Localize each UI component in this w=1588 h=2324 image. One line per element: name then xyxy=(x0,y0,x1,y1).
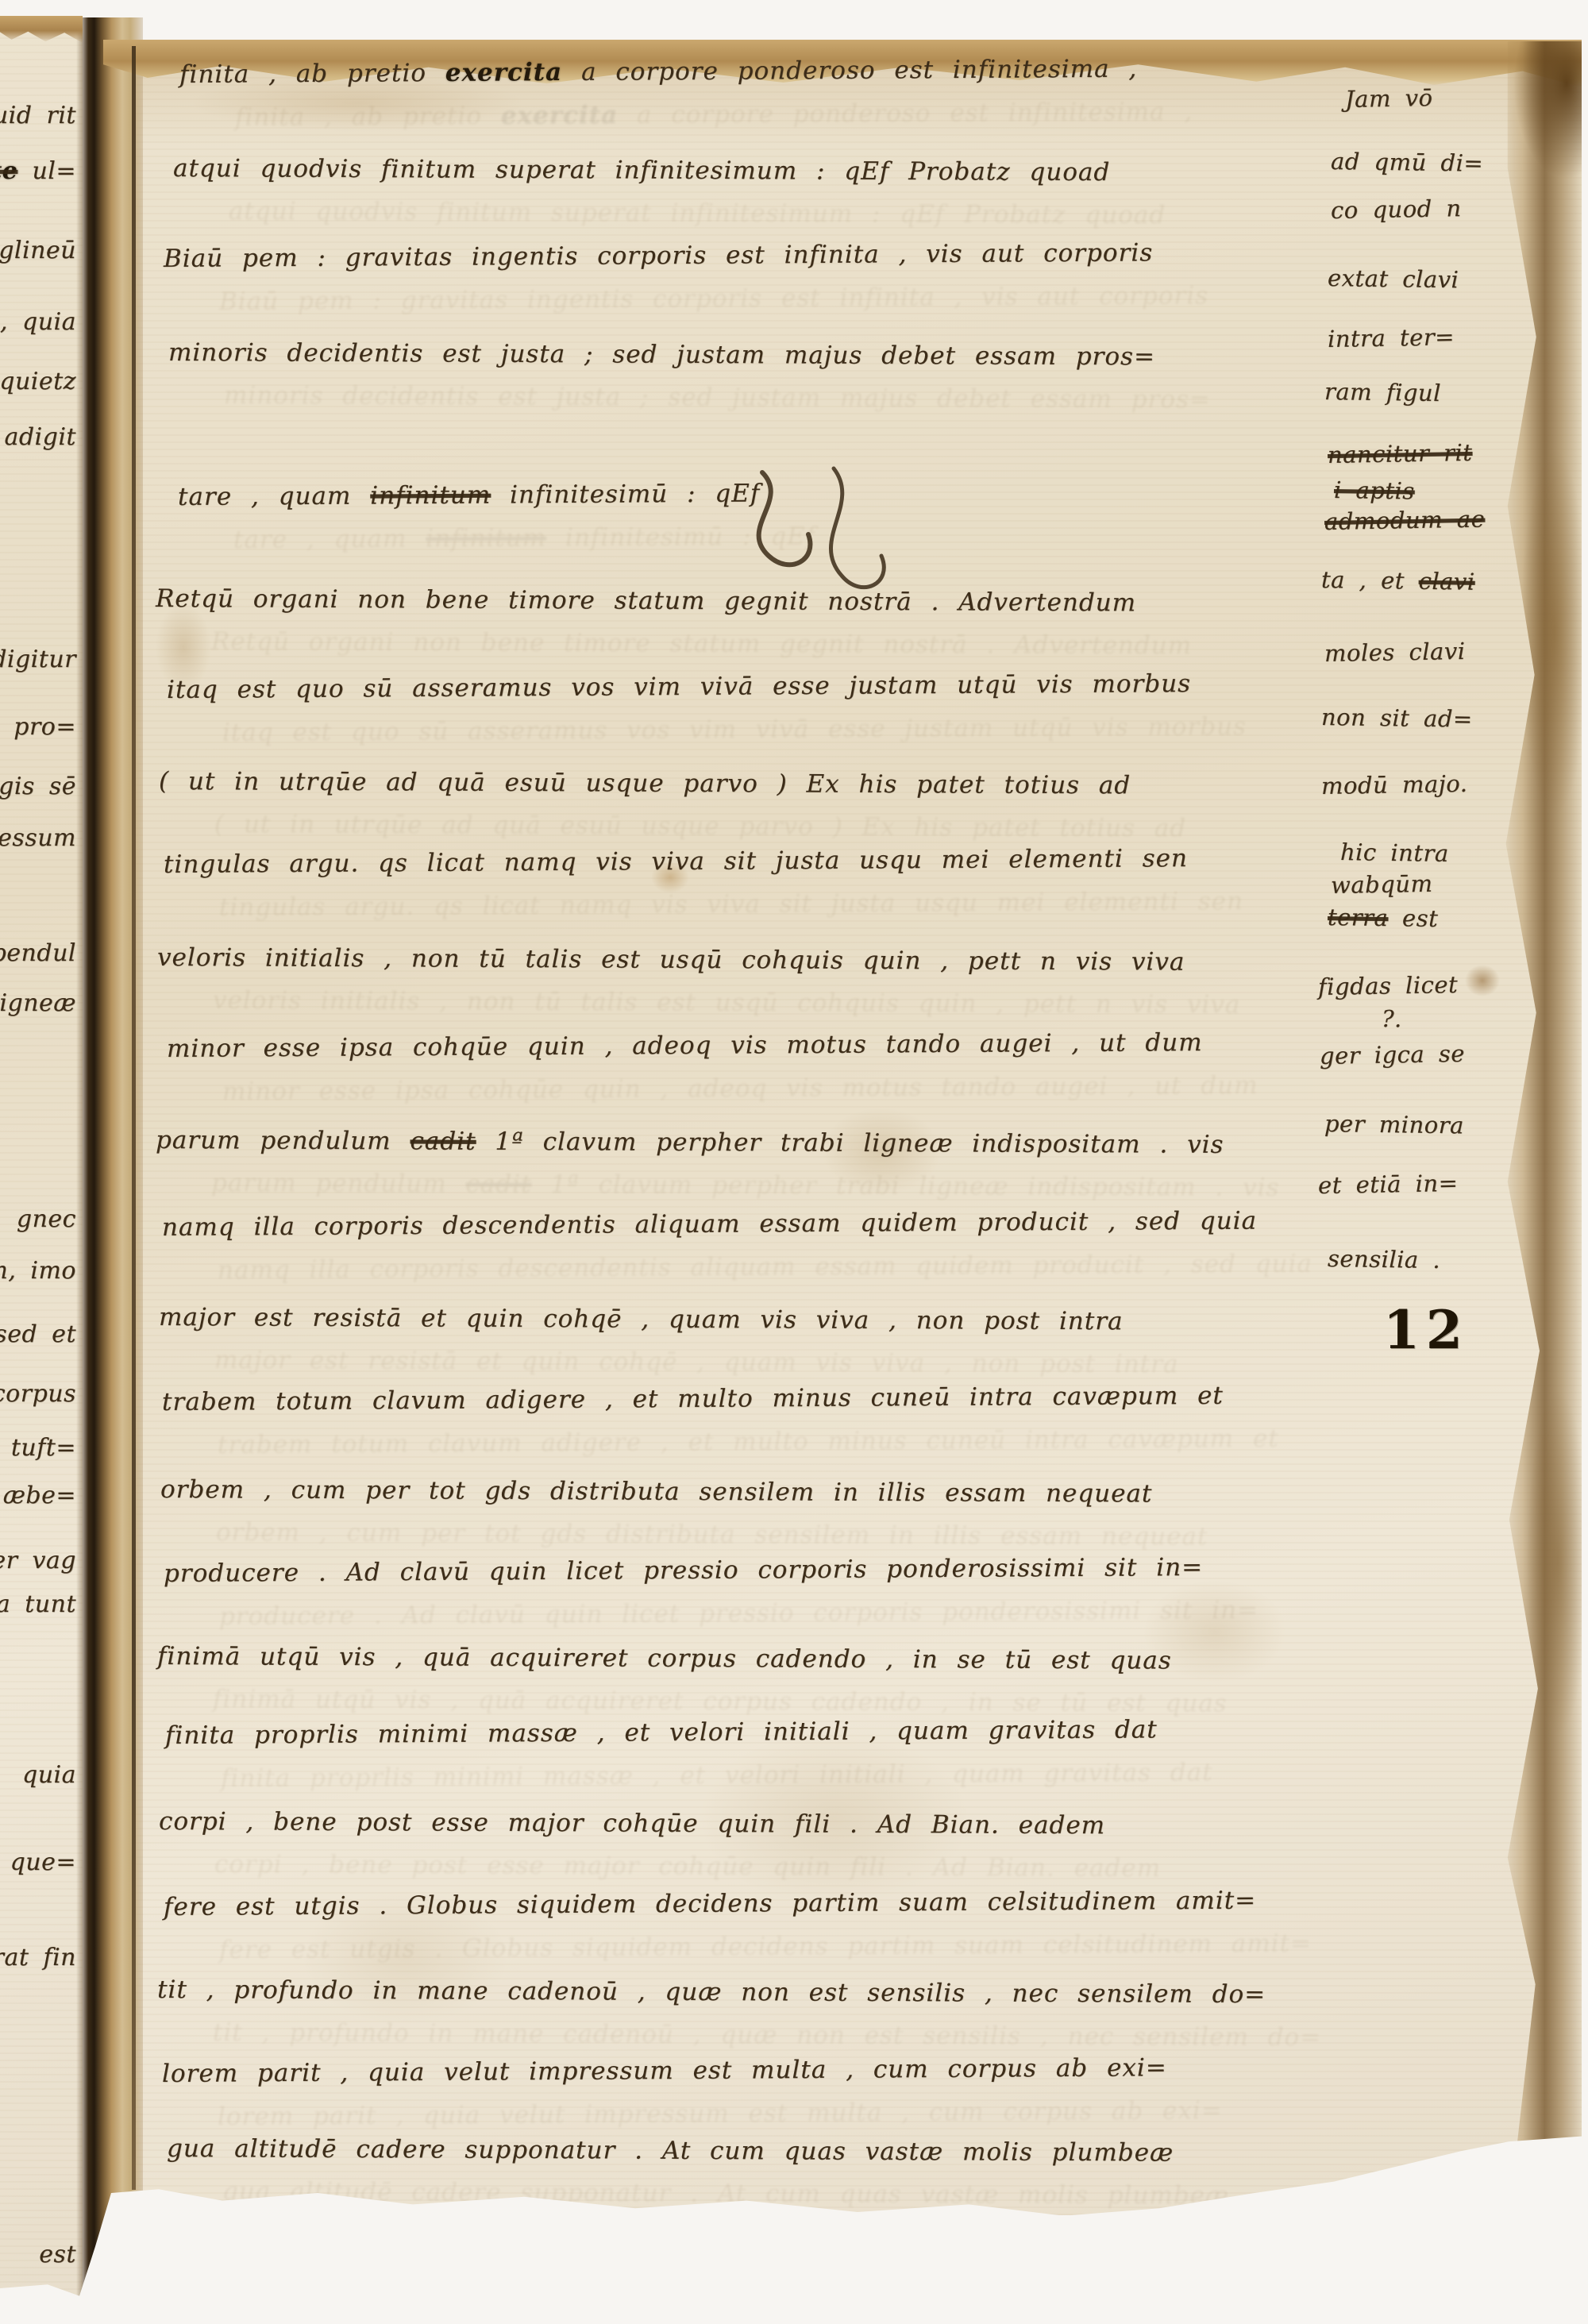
word: fili est xyxy=(0,2241,76,2268)
word: , quia xyxy=(0,308,76,336)
manuscript-scan: finita , ab pretio exercita a corpore po… xyxy=(0,0,1588,2324)
handwritten-line: ora tunt xyxy=(0,1590,76,1618)
handwritten-line: adigit xyxy=(4,423,76,451)
handwritten-line: pendul xyxy=(0,939,76,967)
handwritten-line: tiud æbe= xyxy=(0,1482,76,1509)
handwritten-line: essum xyxy=(0,824,76,852)
word: ligneæ xyxy=(0,989,76,1017)
word: quid rit xyxy=(0,102,76,129)
word: per vag xyxy=(0,1547,76,1574)
left-margin-rule xyxy=(132,46,136,2190)
manuscript-page xyxy=(103,41,1582,2215)
word: vis que= xyxy=(0,1848,76,1876)
word: pendul xyxy=(0,939,76,967)
handwritten-line: per vag xyxy=(0,1547,76,1574)
word: glineū xyxy=(0,237,76,264)
handwritten-line: quid rit xyxy=(0,102,76,129)
page-number: 12 xyxy=(1383,1299,1469,1361)
paragraph-flourish xyxy=(715,464,921,631)
handwritten-line: sed et xyxy=(0,1320,76,1348)
struck-word: te xyxy=(0,157,17,185)
handwritten-line: glineū xyxy=(0,237,76,264)
word: ve tuft= xyxy=(0,1434,76,1462)
word: ul= xyxy=(17,157,76,185)
handwritten-line: te ul= xyxy=(0,157,76,185)
handwritten-line: gnec xyxy=(17,1205,76,1233)
word: gnec xyxy=(17,1205,76,1233)
handwritten-line: dem, imo xyxy=(0,1257,76,1285)
handwritten-line: ve tuft= xyxy=(0,1434,76,1462)
handwritten-line: , quia xyxy=(0,308,76,336)
handwritten-line: fili est xyxy=(0,2241,76,2268)
handwritten-line: q corpus xyxy=(0,1380,76,1408)
word: digitur xyxy=(0,646,76,673)
word: dem, imo xyxy=(0,1257,76,1285)
handwritten-line: m pro= xyxy=(0,713,76,741)
word: adigit xyxy=(4,423,76,451)
facing-page-line-endings: quid ritte ul=glineū, quiaquietzadigitdi… xyxy=(0,0,79,2324)
handwritten-line: perat fin xyxy=(0,1944,76,1971)
handwritten-line: quietz xyxy=(0,368,76,395)
word: ora tunt xyxy=(0,1590,76,1618)
word: quietz xyxy=(0,368,76,395)
handwritten-line: ligneæ xyxy=(0,989,76,1017)
word: quia xyxy=(22,1761,76,1789)
handwritten-line: digitur xyxy=(0,646,76,673)
word: sed et xyxy=(0,1320,76,1348)
word: essum xyxy=(0,824,76,852)
handwritten-line: vis que= xyxy=(0,1848,76,1876)
handwritten-line: quia xyxy=(22,1761,76,1789)
word: m pro= xyxy=(0,713,76,741)
word: perat fin xyxy=(0,1944,76,1971)
word: magis sē xyxy=(0,773,76,800)
handwritten-line: magis sē xyxy=(0,773,76,800)
word: q corpus xyxy=(0,1380,76,1408)
word: tiud æbe= xyxy=(0,1482,76,1509)
